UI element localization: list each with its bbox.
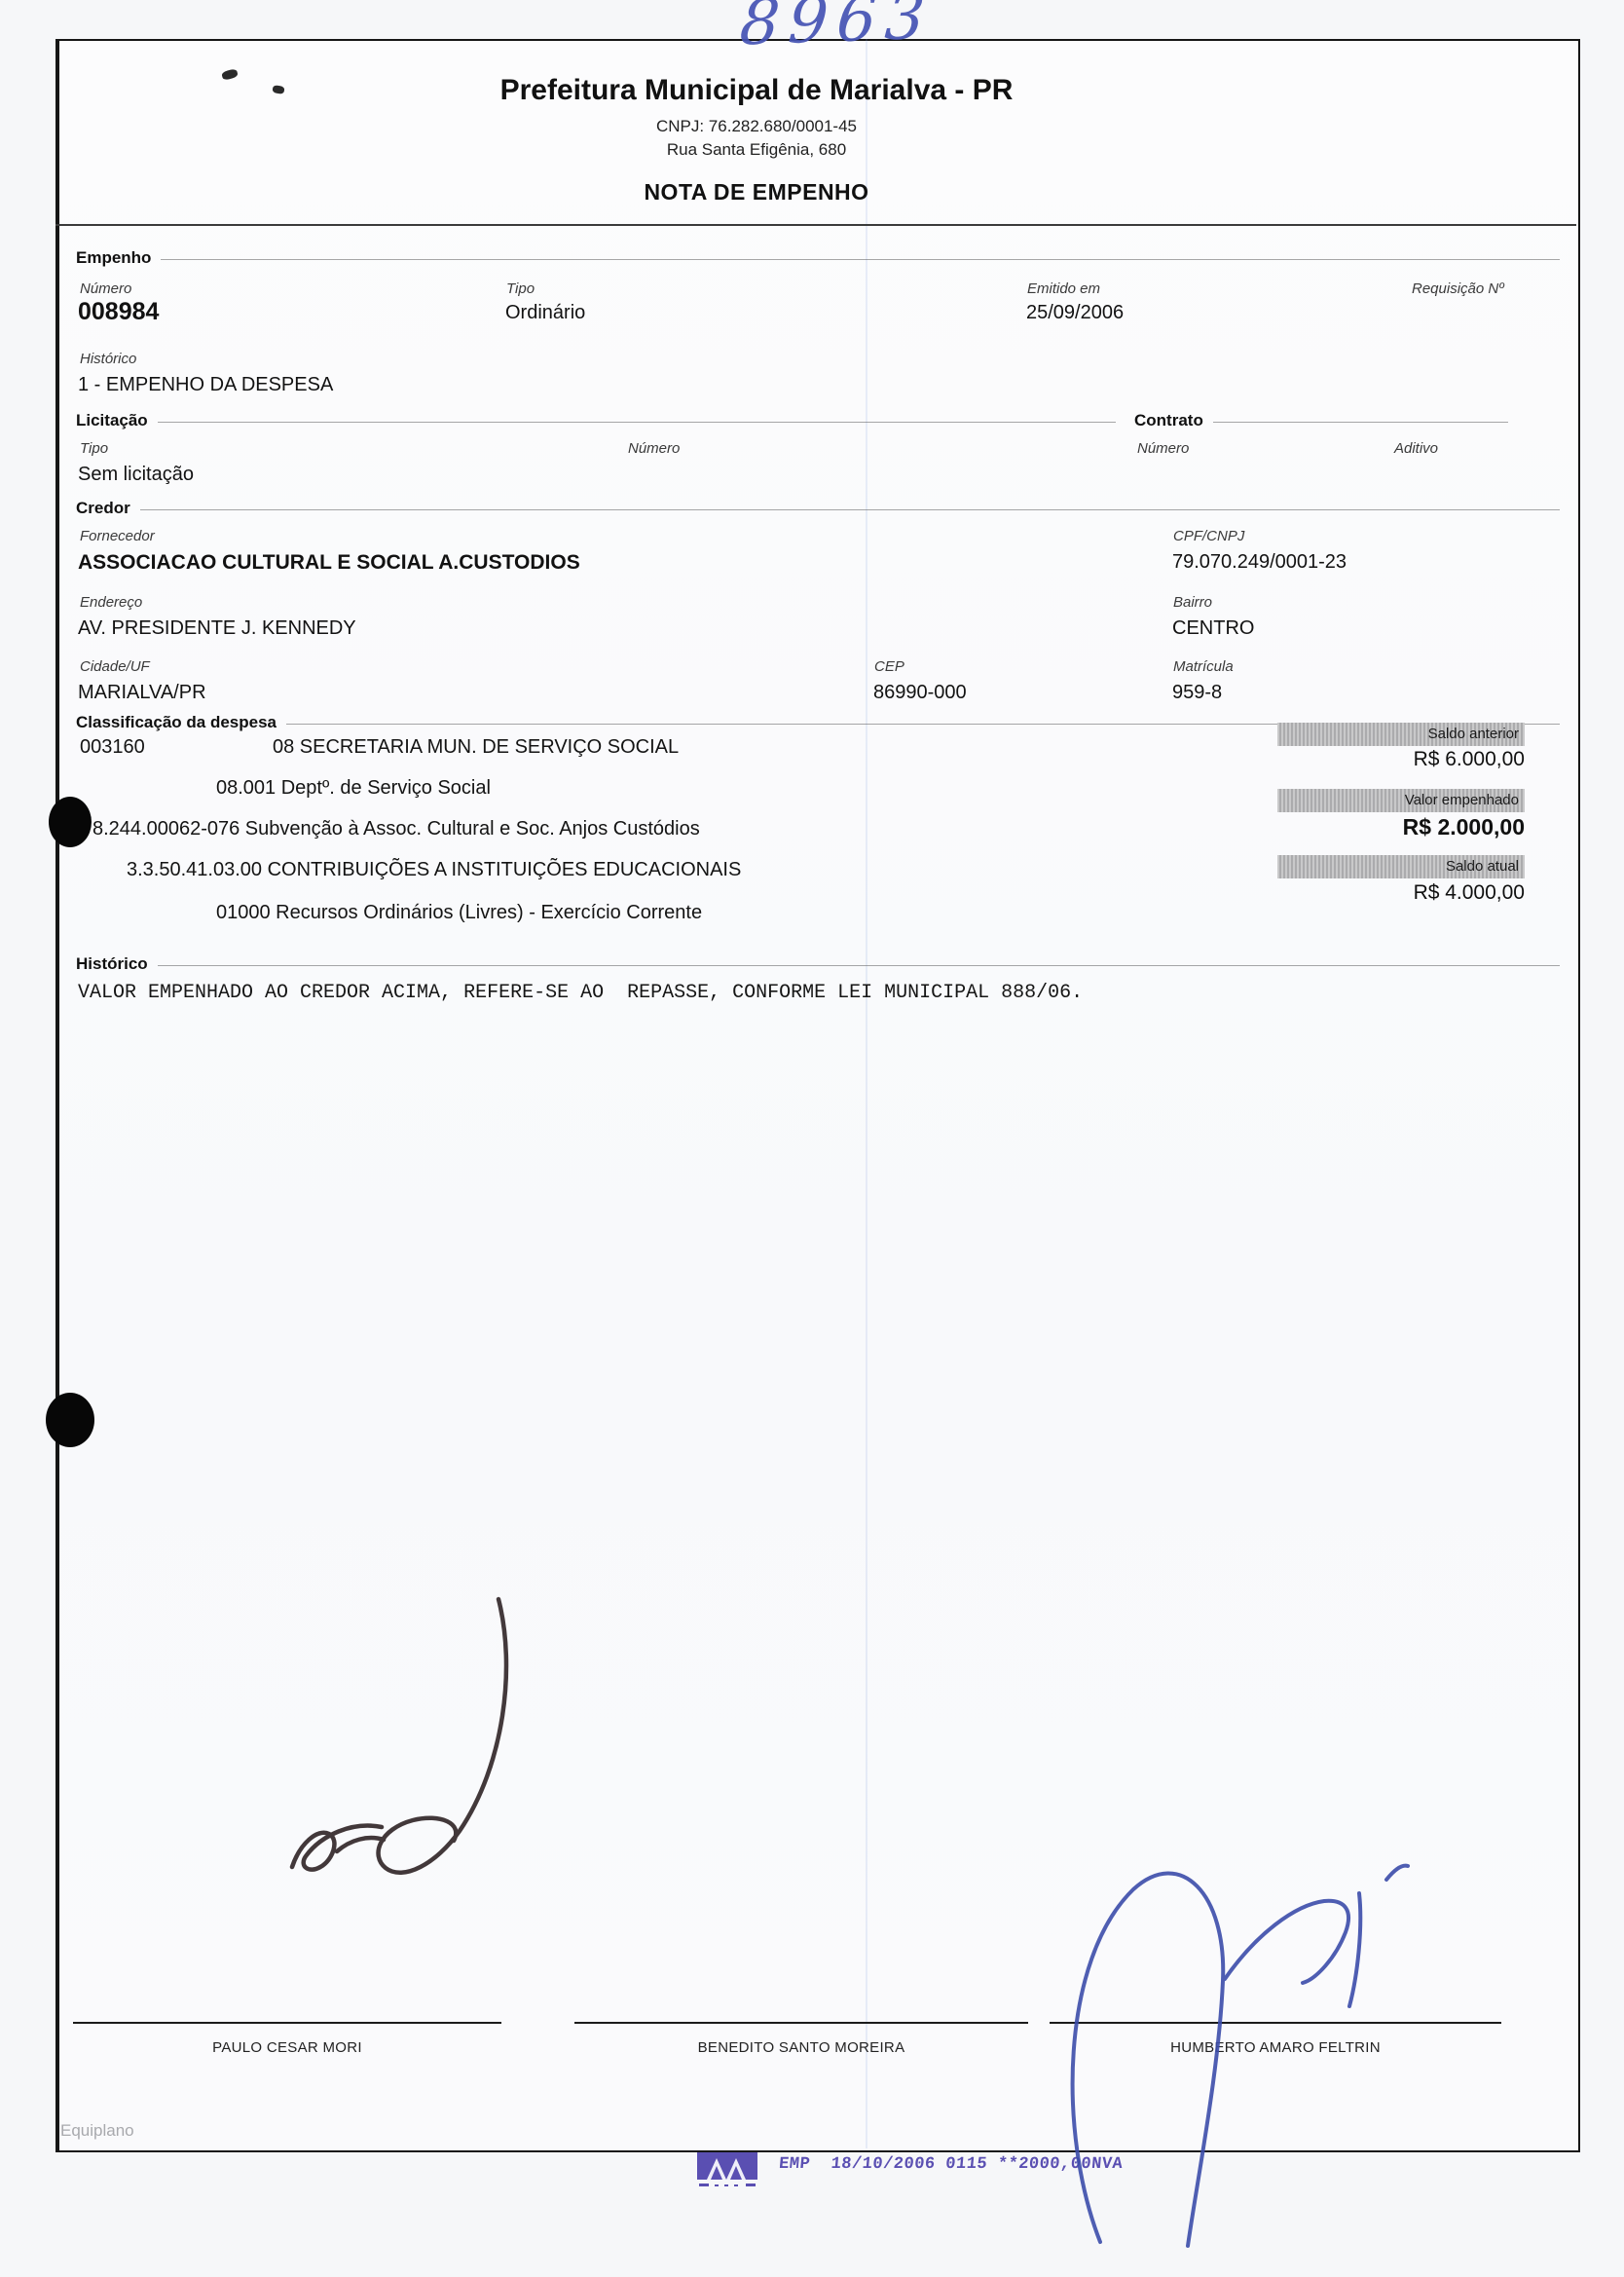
credor-fornecedor-label: Fornecedor	[80, 528, 155, 544]
section-classificacao-label: Classificação da despesa	[76, 713, 277, 732]
document-title: NOTA DE EMPENHO	[55, 179, 1458, 205]
stamp-logo-icon	[697, 2152, 759, 2189]
software-watermark: Equiplano	[60, 2121, 134, 2141]
saldo-atual-label: Saldo atual	[1277, 855, 1525, 878]
empenho-tipo-value: Ordinário	[505, 302, 585, 324]
empenho-historico-value: 1 - EMPENHO DA DESPESA	[78, 374, 333, 396]
classificacao-row-orgao: 08 SECRETARIA MUN. DE SERVIÇO SOCIAL	[273, 736, 679, 759]
valor-empenhado-value: R$ 2.000,00	[1277, 814, 1525, 840]
section-credor: Credor	[76, 499, 1560, 518]
signatory-name-2: BENEDITO SANTO MOREIRA	[574, 2039, 1028, 2056]
credor-cep-label: CEP	[874, 658, 904, 675]
saldo-anterior-label: Saldo anterior	[1277, 723, 1525, 746]
municipality-cnpj: CNPJ: 76.282.680/0001-45	[55, 117, 1458, 136]
credor-bairro-value: CENTRO	[1172, 617, 1254, 640]
credor-cpf-value: 79.070.249/0001-23	[1172, 551, 1347, 574]
empenho-emitido-value: 25/09/2006	[1026, 302, 1124, 324]
contrato-numero-label: Número	[1137, 440, 1189, 457]
classificacao-row-projeto: 8.244.00062-076 Subvenção à Assoc. Cultu…	[92, 818, 700, 840]
scan-artifact-line	[866, 39, 867, 2148]
section-historico-label: Histórico	[76, 954, 148, 974]
signatory-name-3: HUMBERTO AMARO FELTRIN	[1050, 2039, 1501, 2056]
licitacao-tipo-value: Sem licitação	[78, 464, 194, 486]
section-historico: Histórico	[76, 954, 1560, 974]
handwritten-document-number: 8963	[737, 0, 936, 60]
credor-cep-value: 86990-000	[873, 682, 967, 704]
empenho-emitido-label: Emitido em	[1027, 280, 1100, 297]
document-border	[55, 39, 1580, 2152]
classificacao-row-code: 003160	[80, 736, 145, 759]
contrato-aditivo-label: Aditivo	[1394, 440, 1438, 457]
credor-matricula-value: 959-8	[1172, 682, 1222, 704]
credor-cidade-value: MARIALVA/PR	[78, 682, 206, 704]
section-rule	[158, 965, 1560, 966]
saldo-anterior-value: R$ 6.000,00	[1277, 748, 1525, 771]
classificacao-row-elemento: 3.3.50.41.03.00 CONTRIBUIÇÕES A INSTITUI…	[127, 859, 741, 881]
signature-line	[574, 2022, 1028, 2024]
classificacao-row-unidade: 08.001 Deptº. de Serviço Social	[216, 777, 491, 800]
credor-cpf-label: CPF/CNPJ	[1173, 528, 1244, 544]
section-empenho: Empenho	[76, 248, 1560, 268]
scanned-document-page: 8963 Prefeitura Municipal de Marialva - …	[0, 0, 1624, 2277]
section-contrato: Contrato	[1134, 411, 1508, 430]
historico-text: VALOR EMPENHADO AO CREDOR ACIMA, REFERE-…	[78, 982, 1083, 1004]
signatory-name-1: PAULO CESAR MORI	[73, 2039, 501, 2056]
section-rule	[158, 422, 1116, 423]
header-separator	[55, 224, 1576, 226]
credor-endereco-value: AV. PRESIDENTE J. KENNEDY	[78, 617, 356, 640]
section-contrato-label: Contrato	[1134, 411, 1203, 430]
empenho-historico-label: Histórico	[80, 351, 136, 367]
section-credor-label: Credor	[76, 499, 130, 518]
validator-stamp-text: EMP 18/10/2006 0115 **2000,00NVA	[778, 2155, 1124, 2174]
credor-endereco-label: Endereço	[80, 594, 142, 611]
section-licitacao-label: Licitação	[76, 411, 148, 430]
empenho-requisicao-label: Requisição Nº	[1412, 280, 1504, 297]
municipality-address: Rua Santa Efigênia, 680	[55, 140, 1458, 160]
classificacao-row-fonte: 01000 Recursos Ordinários (Livres) - Exe…	[216, 902, 702, 924]
credor-fornecedor-value: ASSOCIACAO CULTURAL E SOCIAL A.CUSTODIOS	[78, 551, 580, 575]
section-rule	[161, 259, 1560, 260]
credor-cidade-label: Cidade/UF	[80, 658, 150, 675]
section-empenho-label: Empenho	[76, 248, 151, 268]
empenho-tipo-label: Tipo	[506, 280, 535, 297]
municipality-title: Prefeitura Municipal de Marialva - PR	[55, 74, 1458, 107]
section-rule	[140, 509, 1560, 510]
punch-hole	[46, 1393, 94, 1447]
valor-empenhado-label: Valor empenhado	[1277, 789, 1525, 812]
section-rule	[1213, 422, 1508, 423]
punch-hole	[49, 797, 92, 847]
signature-line	[1050, 2022, 1501, 2024]
licitacao-numero-label: Número	[628, 440, 680, 457]
signature-line	[73, 2022, 501, 2024]
section-licitacao: Licitação	[76, 411, 1116, 430]
saldo-atual-value: R$ 4.000,00	[1277, 881, 1525, 905]
credor-bairro-label: Bairro	[1173, 594, 1212, 611]
empenho-numero-label: Número	[80, 280, 131, 297]
credor-matricula-label: Matrícula	[1173, 658, 1234, 675]
licitacao-tipo-label: Tipo	[80, 440, 108, 457]
empenho-numero-value: 008984	[78, 298, 159, 326]
